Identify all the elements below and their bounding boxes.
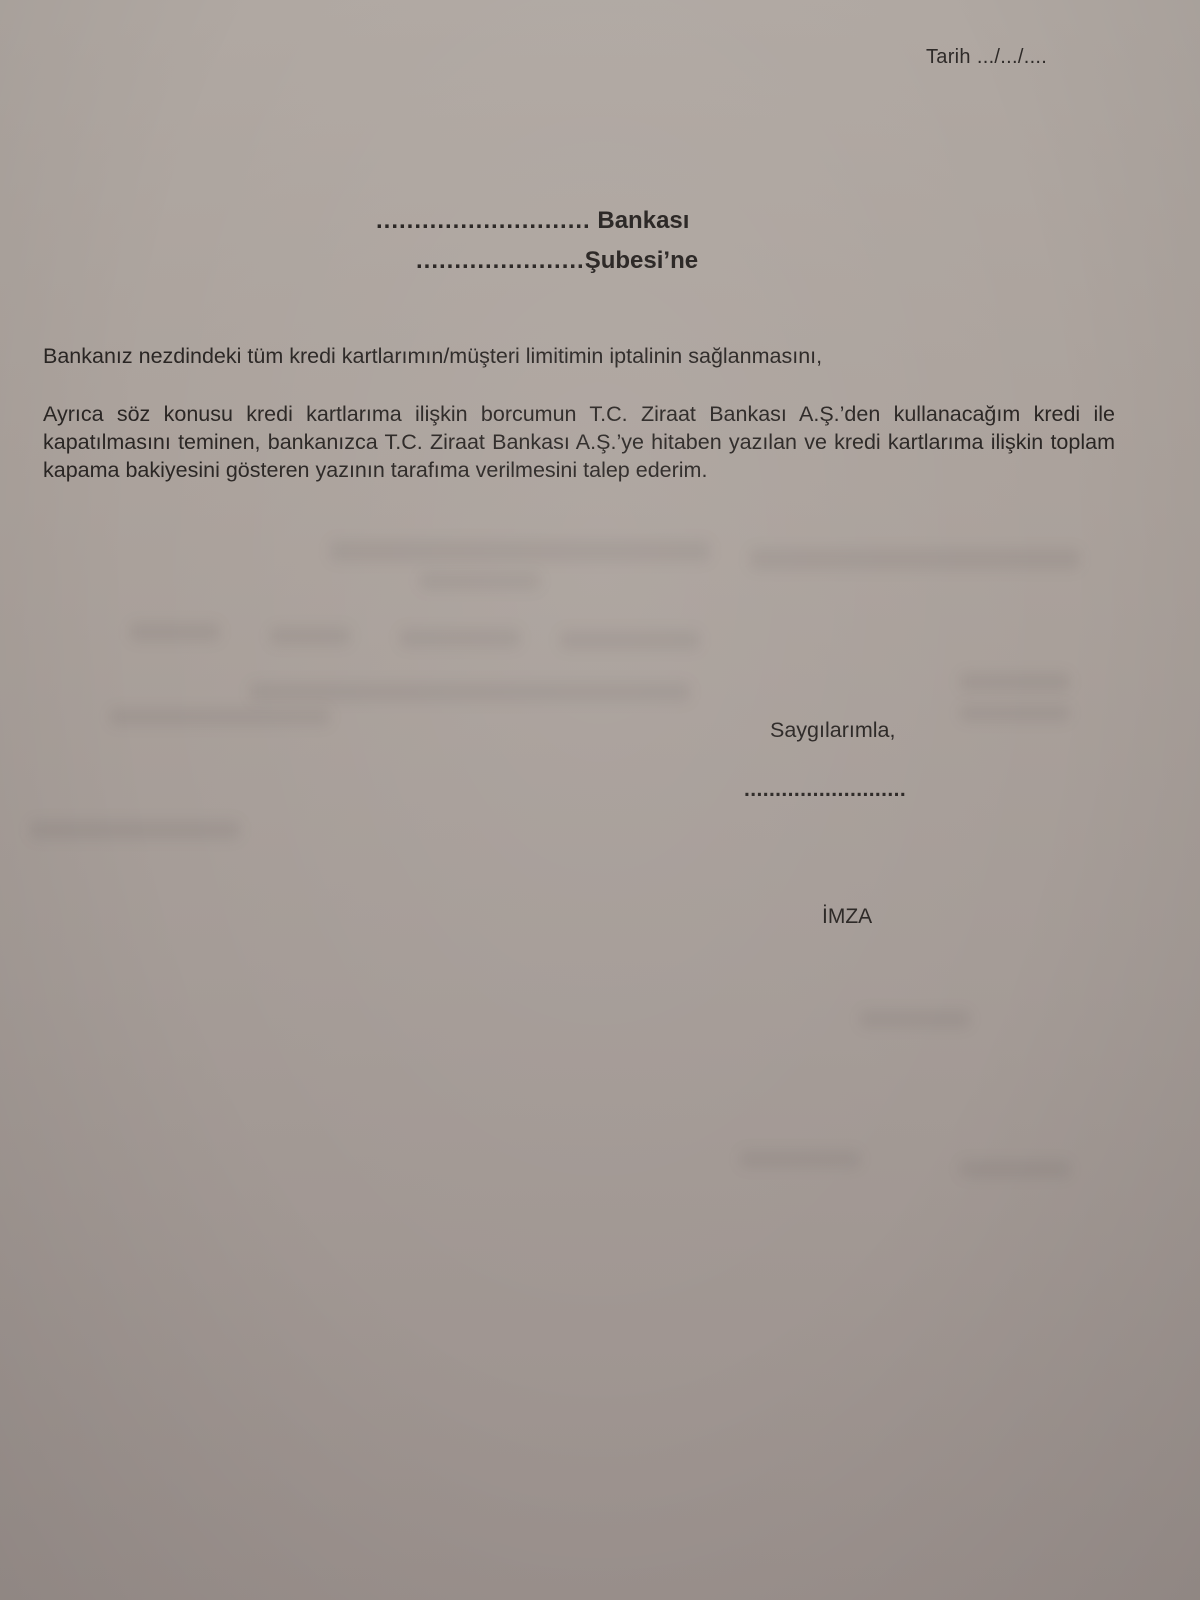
show-through-mark bbox=[960, 704, 1070, 722]
show-through-mark bbox=[250, 682, 690, 702]
body-paragraph-1: Bankanız nezdindeki tüm kredi kartlarımı… bbox=[43, 342, 1115, 370]
date-field: Tarih.../.../.... bbox=[926, 46, 1047, 69]
show-through-mark bbox=[130, 622, 220, 642]
letter-page: Tarih.../.../.... ......................… bbox=[0, 0, 1200, 1600]
show-through-mark bbox=[740, 1150, 860, 1168]
date-placeholder: .../.../.... bbox=[977, 46, 1047, 68]
body-paragraph-2: Ayrıca söz konusu kredi kartlarıma ilişk… bbox=[43, 400, 1115, 484]
show-through-mark bbox=[420, 572, 540, 590]
closing-salutation: Saygılarımla, bbox=[770, 718, 895, 743]
addressee-branch: ......................Şubesi’ne bbox=[416, 247, 698, 275]
branch-name-blank: ...................... bbox=[416, 247, 585, 274]
show-through-mark bbox=[560, 630, 700, 650]
bank-label: Bankası bbox=[597, 207, 689, 234]
show-through-mark bbox=[960, 672, 1070, 692]
addressee-bank: ............................ Bankası bbox=[376, 207, 689, 235]
show-through-mark bbox=[960, 1160, 1070, 1178]
show-through-mark bbox=[110, 708, 330, 726]
signature-label: İMZA bbox=[822, 905, 872, 929]
show-through-mark bbox=[270, 626, 350, 646]
show-through-mark bbox=[30, 820, 240, 840]
show-through-mark bbox=[750, 548, 1080, 570]
bank-name-blank: ............................ bbox=[376, 207, 591, 234]
branch-label: Şubesi’ne bbox=[585, 247, 698, 274]
show-through-mark bbox=[400, 628, 520, 648]
show-through-mark bbox=[330, 540, 710, 562]
photo-vignette bbox=[0, 0, 1200, 1600]
signature-blank: .......................... bbox=[744, 778, 906, 802]
date-label: Tarih bbox=[926, 46, 971, 68]
show-through-mark bbox=[860, 1010, 970, 1028]
